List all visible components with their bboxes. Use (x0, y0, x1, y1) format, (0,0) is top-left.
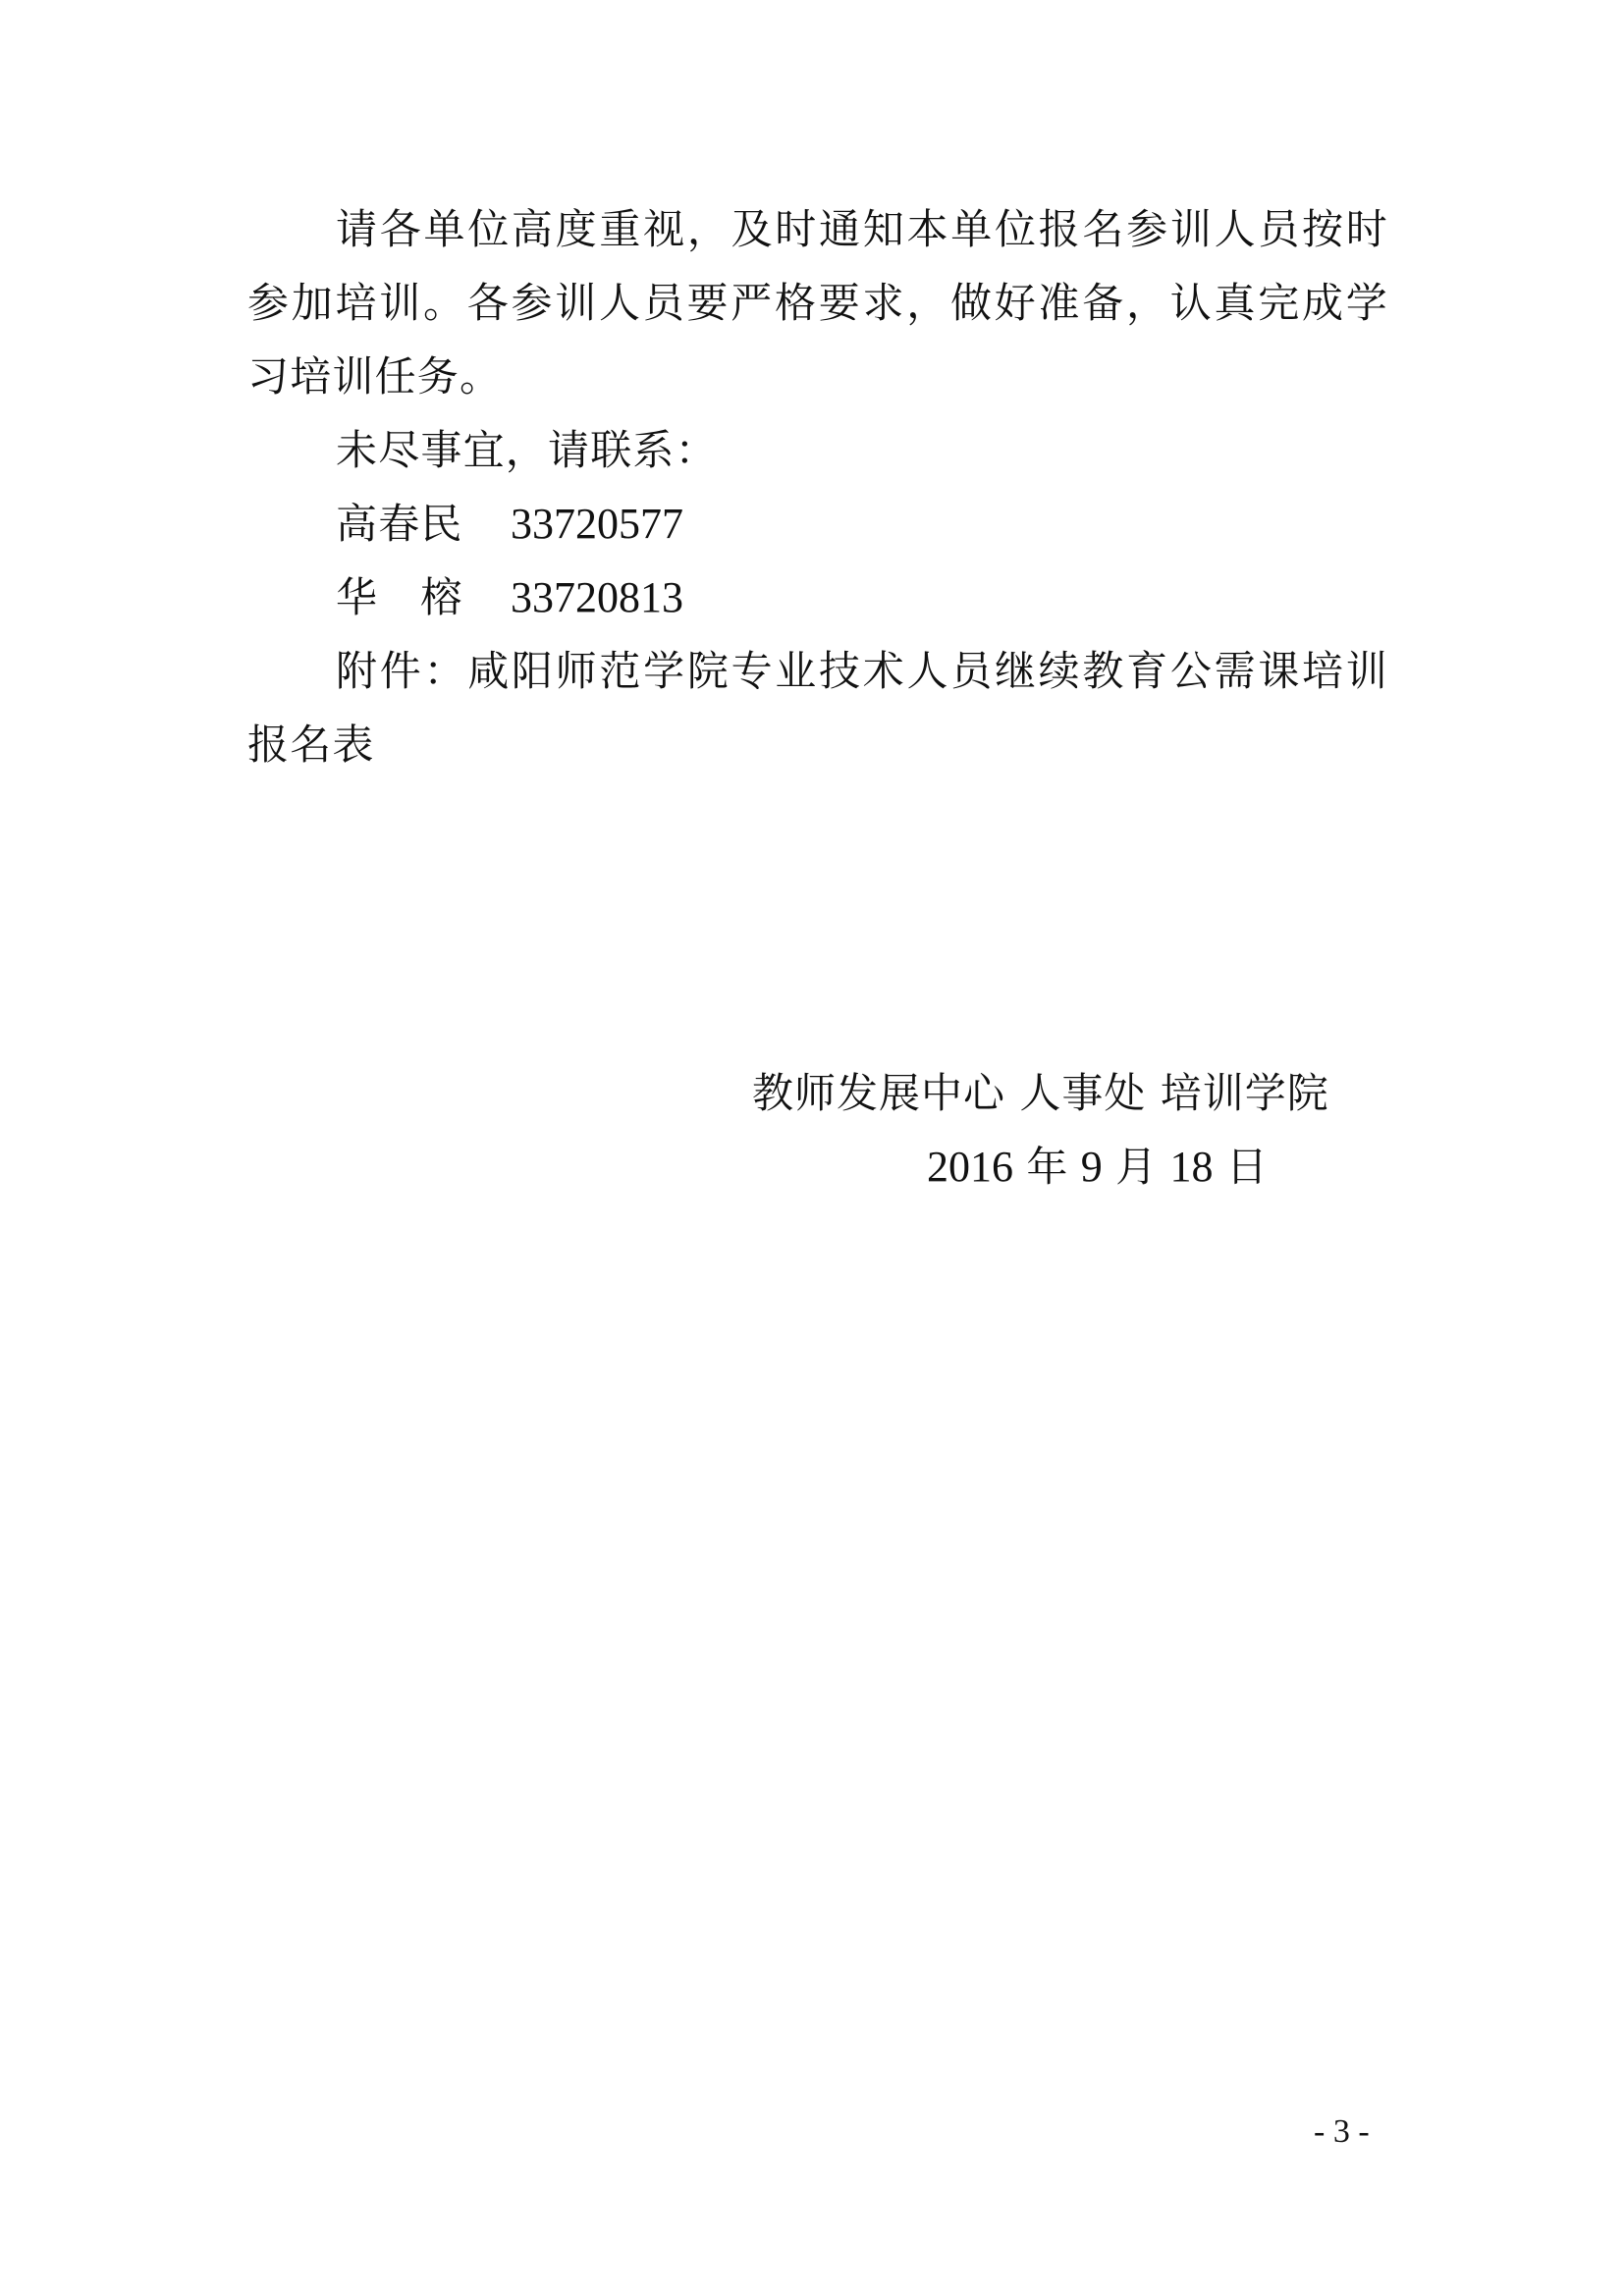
document-body: 请各单位高度重视，及时通知本单位报名参训人员按时参加培训。各参训人员要严格要求，… (247, 192, 1388, 781)
date-year-unit: 年 (1026, 1143, 1067, 1191)
notice-paragraph: 请各单位高度重视，及时通知本单位报名参训人员按时参加培训。各参训人员要严格要求，… (247, 192, 1388, 413)
contact-phone: 33720577 (511, 500, 683, 548)
contact-name: 华 榕 (336, 561, 511, 634)
date-month: 9 (1081, 1143, 1103, 1191)
attachment-note: 附件：咸阳师范学院专业技术人员继续教育公需课培训报名表 (247, 634, 1388, 781)
date-day: 18 (1169, 1143, 1213, 1191)
date-year: 2016 (927, 1143, 1013, 1191)
date-day-unit: 日 (1226, 1143, 1268, 1191)
page-number: - 3 - (1314, 2112, 1370, 2152)
contact-item: 华 榕33720813 (247, 561, 1388, 634)
issue-date: 2016 年 9 月 18 日 (927, 1130, 1268, 1203)
date-month-unit: 月 (1115, 1143, 1157, 1191)
contact-phone: 33720813 (511, 573, 683, 621)
contact-item: 高春民33720577 (247, 487, 1388, 561)
issuer-signature: 教师发展中心 人事处 培训学院 (752, 1056, 1329, 1130)
document-page: 请各单位高度重视，及时通知本单位报名参训人员按时参加培训。各参训人员要严格要求，… (0, 0, 1624, 2296)
contact-name: 高春民 (336, 487, 511, 561)
contact-intro: 未尽事宜，请联系： (247, 413, 1388, 487)
